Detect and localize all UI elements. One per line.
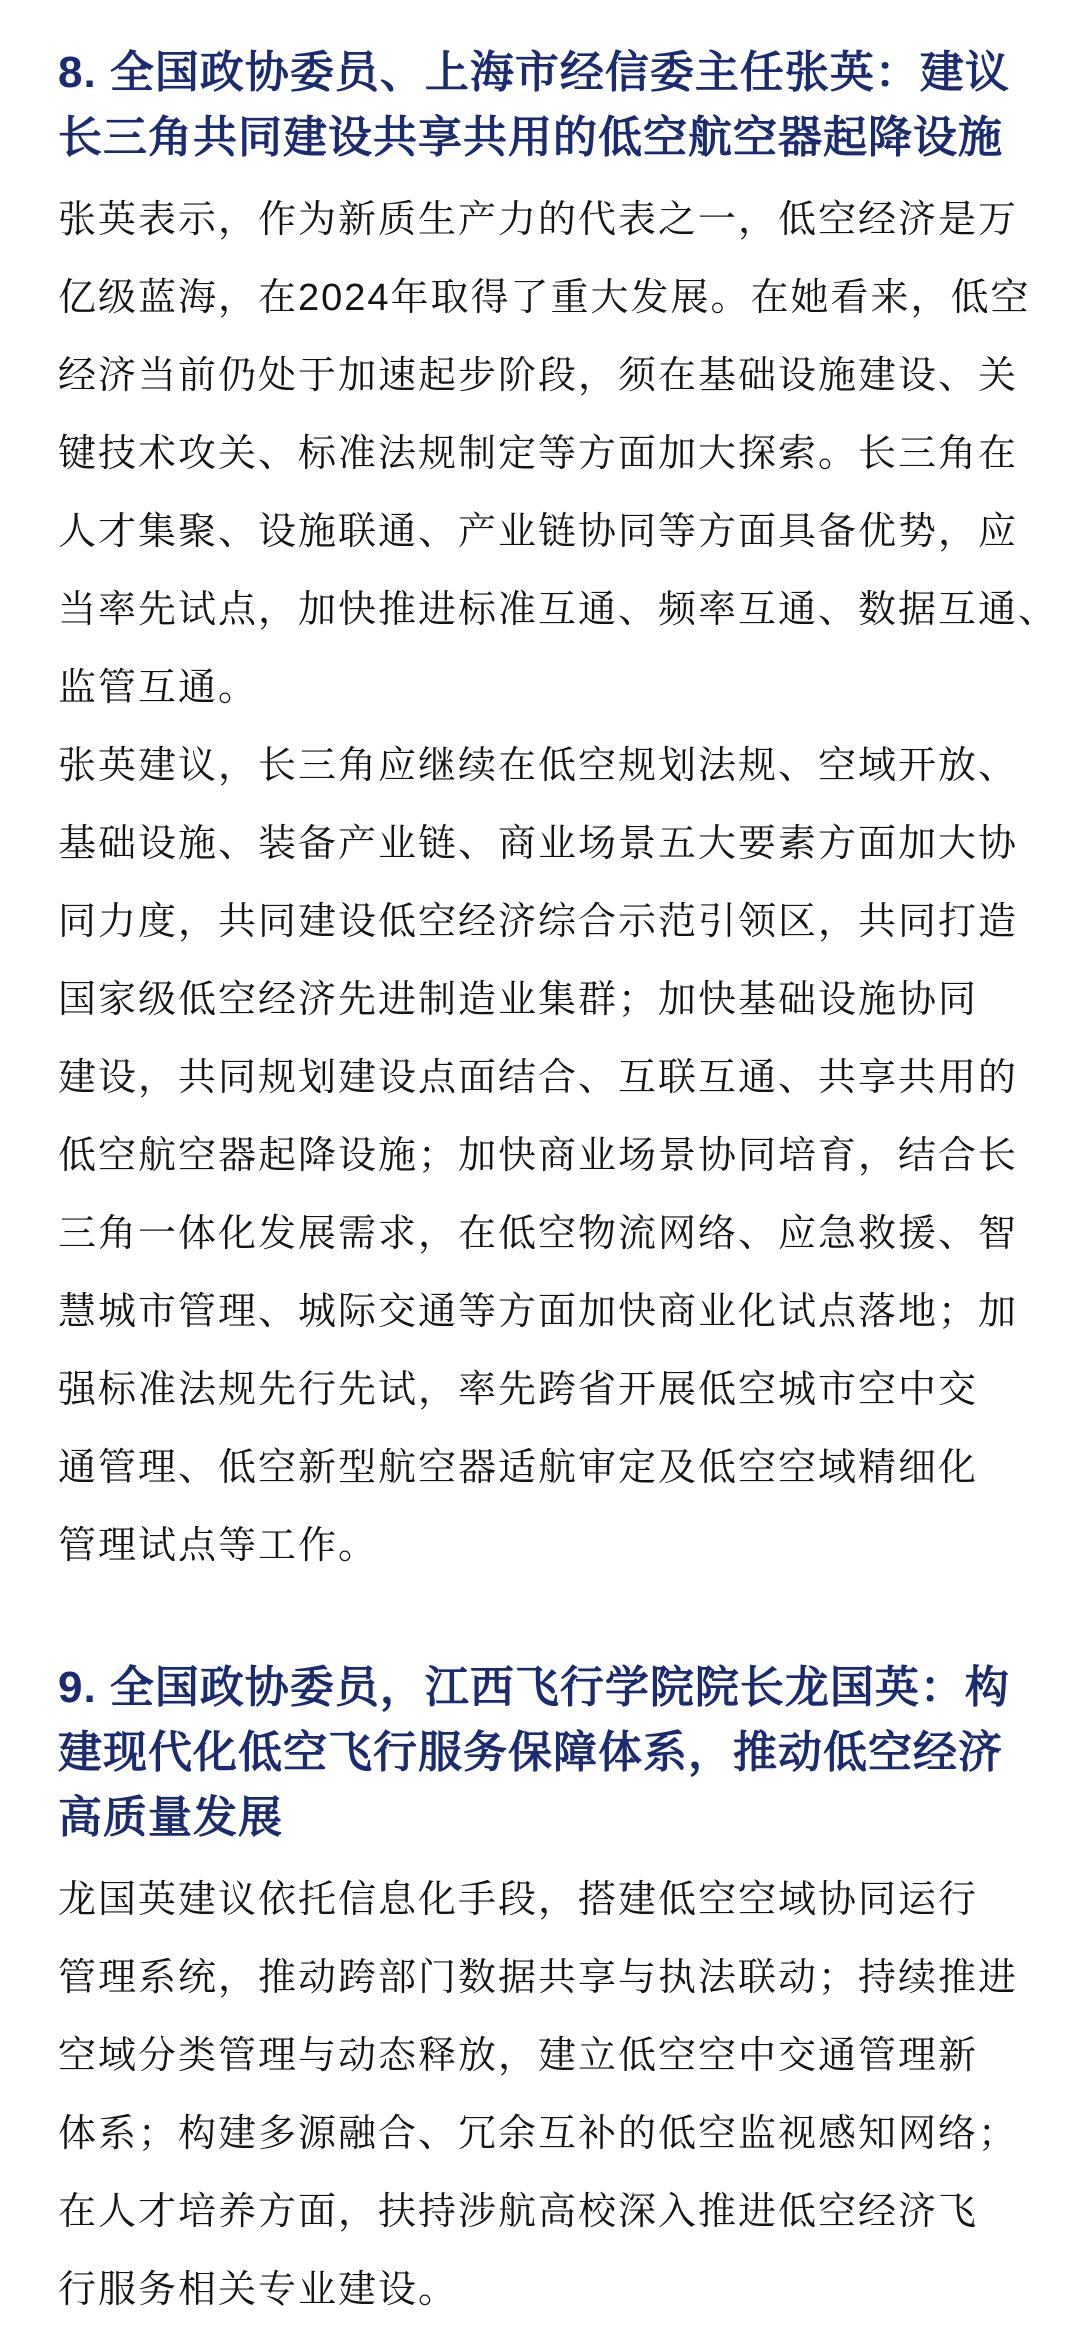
text-line: 键技术攻关、标准法规制定等方面加大探索。长三角在	[58, 415, 1045, 493]
paragraph: 龙国英建议依托信息化手段，搭建低空空域协同运行管理系统，推动跨部门数据共享与执法…	[58, 1861, 1045, 2329]
text-line: 在人才培养方面，扶持涉航高校深入推进低空经济飞	[58, 2173, 1045, 2251]
text-line: 三角一体化发展需求，在低空物流网络、应急救援、智	[58, 1195, 1045, 1273]
heading-line: 建现代化低空飞行服务保障体系，推动低空经济	[58, 1720, 1045, 1785]
text-line: 人才集聚、设施联通、产业链协同等方面具备优势，应	[58, 493, 1045, 571]
text-line: 张英表示，作为新质生产力的代表之一，低空经济是万	[58, 181, 1045, 259]
section-paragraphs: 龙国英建议依托信息化手段，搭建低空空域协同运行管理系统，推动跨部门数据共享与执法…	[58, 1861, 1045, 2329]
text-line: 强标准法规先行先试，率先跨省开展低空城市空中交	[58, 1351, 1045, 1429]
heading-line: 长三角共同建设共享共用的低空航空器起降设施	[58, 105, 1045, 170]
section-heading: 9. 全国政协委员，江西飞行学院院长龙国英：构建现代化低空飞行服务保障体系，推动…	[58, 1655, 1045, 1850]
text-line: 建设，共同规划建设点面结合、互联互通、共享共用的	[58, 1039, 1045, 1117]
text-line: 国家级低空经济先进制造业集群；加快基础设施协同	[58, 961, 1045, 1039]
text-line: 通管理、低空新型航空器适航审定及低空空域精细化	[58, 1429, 1045, 1507]
section-heading: 8. 全国政协委员、上海市经信委主任张英：建议长三角共同建设共享共用的低空航空器…	[58, 40, 1045, 170]
text-line: 张英建议，长三角应继续在低空规划法规、空域开放、	[58, 727, 1045, 805]
text-line: 行服务相关专业建设。	[58, 2251, 1045, 2329]
paragraph: 张英建议，长三角应继续在低空规划法规、空域开放、基础设施、装备产业链、商业场景五…	[58, 727, 1045, 1585]
heading-line: 8. 全国政协委员、上海市经信委主任张英：建议	[58, 40, 1045, 105]
article-section: 8. 全国政协委员、上海市经信委主任张英：建议长三角共同建设共享共用的低空航空器…	[58, 40, 1045, 1585]
heading-line: 9. 全国政协委员，江西飞行学院院长龙国英：构	[58, 1655, 1045, 1720]
heading-line: 高质量发展	[58, 1785, 1045, 1850]
paragraph: 张英表示，作为新质生产力的代表之一，低空经济是万亿级蓝海，在2024年取得了重大…	[58, 181, 1045, 727]
text-line: 经济当前仍处于加速起步阶段，须在基础设施建设、关	[58, 337, 1045, 415]
text-line: 管理试点等工作。	[58, 1507, 1045, 1585]
text-line: 空域分类管理与动态释放，建立低空空中交通管理新	[58, 2017, 1045, 2095]
text-line: 监管互通。	[58, 649, 1045, 727]
article-section: 9. 全国政协委员，江西飞行学院院长龙国英：构建现代化低空飞行服务保障体系，推动…	[58, 1655, 1045, 2329]
text-line: 龙国英建议依托信息化手段，搭建低空空域协同运行	[58, 1861, 1045, 1939]
article: 8. 全国政协委员、上海市经信委主任张英：建议长三角共同建设共享共用的低空航空器…	[0, 0, 1081, 2329]
text-line: 体系；构建多源融合、冗余互补的低空监视感知网络；	[58, 2095, 1045, 2173]
text-line: 慧城市管理、城际交通等方面加快商业化试点落地；加	[58, 1273, 1045, 1351]
text-line: 基础设施、装备产业链、商业场景五大要素方面加大协	[58, 805, 1045, 883]
text-line: 亿级蓝海，在2024年取得了重大发展。在她看来，低空	[58, 259, 1045, 337]
text-line: 当率先试点，加快推进标准互通、频率互通、数据互通、	[58, 571, 1045, 649]
text-line: 低空航空器起降设施；加快商业场景协同培育，结合长	[58, 1117, 1045, 1195]
text-line: 同力度，共同建设低空经济综合示范引领区，共同打造	[58, 883, 1045, 961]
section-paragraphs: 张英表示，作为新质生产力的代表之一，低空经济是万亿级蓝海，在2024年取得了重大…	[58, 181, 1045, 1585]
page: 8. 全国政协委员、上海市经信委主任张英：建议长三角共同建设共享共用的低空航空器…	[0, 0, 1081, 2344]
text-line: 管理系统，推动跨部门数据共享与执法联动；持续推进	[58, 1939, 1045, 2017]
